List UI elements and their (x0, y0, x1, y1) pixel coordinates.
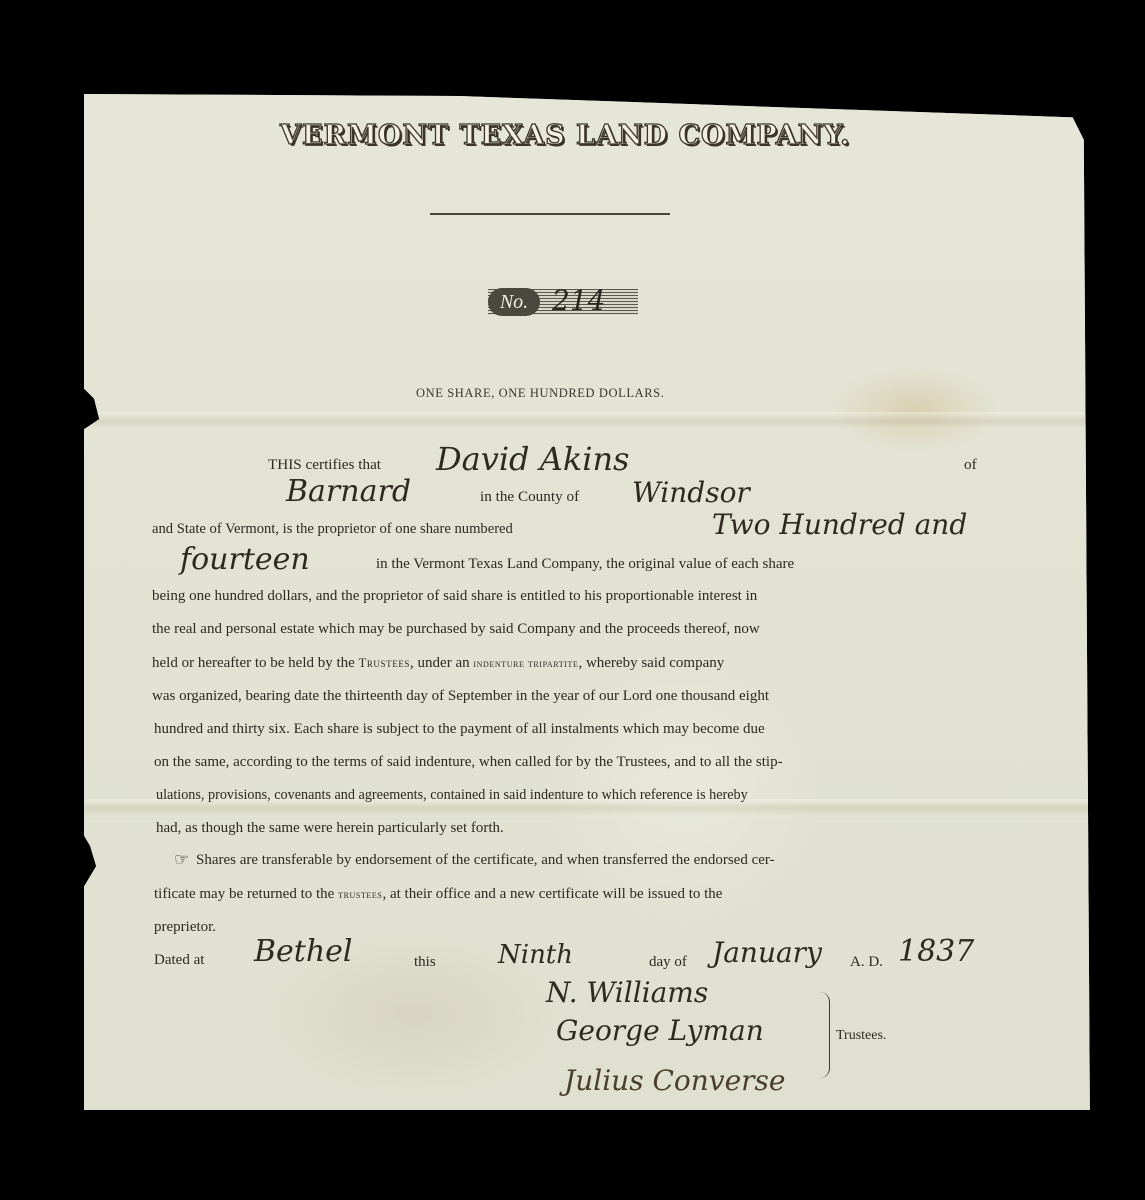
signature-lyman: George Lyman (556, 1014, 764, 1047)
body-line-12: had, as though the same were herein part… (156, 820, 504, 837)
body-line-7: held or hereafter to be held by the Trus… (152, 655, 724, 672)
share-number-words-2: fourteen (180, 542, 310, 577)
body-line-6: the real and personal estate which may b… (152, 621, 760, 638)
certificate-paper: VERMONT TEXAS LAND COMPANY. No. 214 ONE … (84, 94, 1098, 1110)
dated-at-label: Dated at (154, 952, 204, 969)
title-divider (430, 213, 670, 215)
body-line-14: tificate may be returned to the trustees… (154, 886, 722, 903)
line-of: of (964, 456, 977, 474)
line-company: in the Vermont Texas Land Company, the o… (376, 556, 794, 573)
body-line-13: Shares are transferable by endorsement o… (196, 852, 775, 869)
certificate-number: 214 (552, 284, 605, 317)
body-line-8: was organized, bearing date the thirteen… (152, 688, 769, 705)
this-label: this (414, 954, 436, 971)
trustees-label: Trustees. (836, 1028, 886, 1044)
number-label: No. (488, 288, 540, 316)
body-line-10: on the same, according to the terms of s… (154, 754, 783, 771)
holder-name: David Akins (436, 440, 629, 478)
body-line-11: ulations, provisions, covenants and agre… (156, 787, 748, 804)
town-name: Barnard (286, 474, 411, 509)
year: 1837 (898, 934, 974, 969)
ad-label: A. D. (850, 954, 883, 971)
place-name: Bethel (254, 934, 353, 969)
body-line-9: hundred and thirty six. Each share is su… (154, 721, 765, 738)
line-county: in the County of (480, 488, 579, 506)
share-value-subtitle: ONE SHARE, ONE HUNDRED DOLLARS. (416, 386, 664, 401)
fold-crease-top (84, 412, 1098, 430)
day-word: Ninth (498, 940, 573, 970)
body-line-5: being one hundred dollars, and the propr… (152, 588, 757, 605)
pointing-hand-icon: ☞ (174, 850, 189, 870)
county-name: Windsor (632, 476, 750, 509)
line-certifies: THIS certifies that (268, 456, 381, 474)
certificate-title: VERMONT TEXAS LAND COMPANY. (280, 120, 851, 151)
body-line-15: preprietor. (154, 919, 216, 936)
signature-williams: N. Williams (546, 976, 708, 1009)
signature-converse: Julius Converse (564, 1064, 786, 1097)
month-name: January (712, 936, 822, 969)
day-of-label: day of (649, 954, 687, 971)
share-number-words-1: Two Hundred and (712, 508, 967, 541)
line-state: and State of Vermont, is the proprietor … (152, 521, 513, 538)
trustees-brace (819, 992, 830, 1078)
